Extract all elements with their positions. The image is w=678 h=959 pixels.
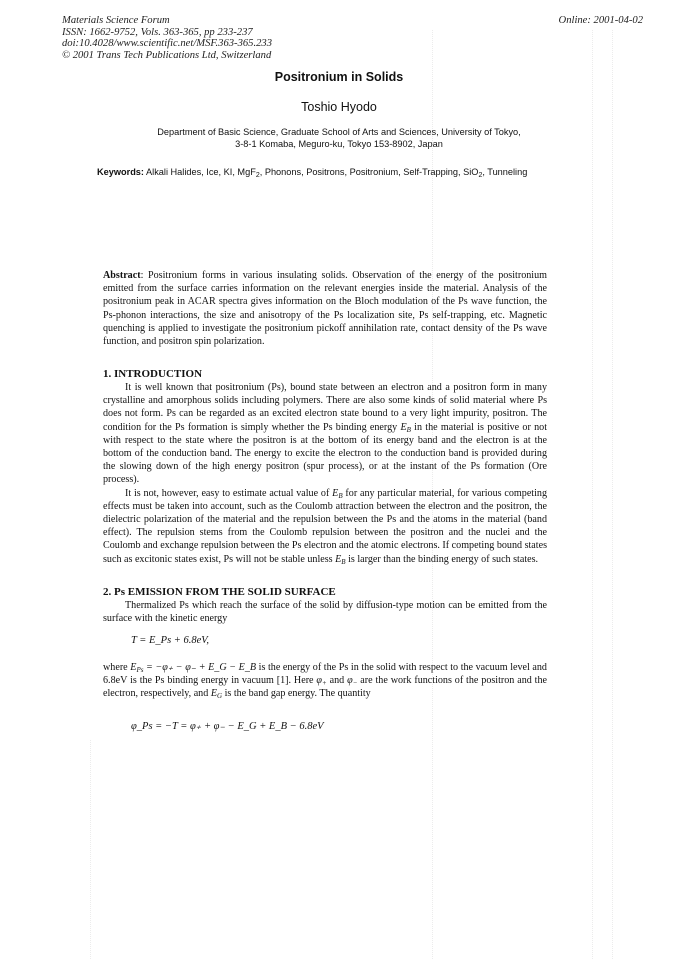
paragraph: It is not, however, easy to estimate act…: [103, 487, 547, 566]
equation-text: T = E_Ps + 6.8eV,: [131, 635, 209, 646]
abstract-label: Abstract: [103, 270, 141, 281]
paragraph: Thermalized Ps which reach the surface o…: [103, 599, 547, 625]
text: It is not, however, easy to estimate act…: [125, 488, 332, 499]
paper-title: Positronium in Solids: [0, 70, 678, 84]
paper-page: Materials Science Forum ISSN: 1662-9752,…: [0, 0, 678, 959]
affiliation: Department of Basic Science, Graduate Sc…: [0, 126, 678, 150]
issn-line: ISSN: 1662-9752, Vols. 363-365, pp 233-2…: [62, 27, 272, 39]
section-introduction-body: It is well known that positronium (Ps), …: [103, 381, 547, 566]
section-ps-emission-body: Thermalized Ps which reach the surface o…: [103, 599, 547, 625]
keywords-text: Alkali Halides, Ice, KI, MgF: [144, 167, 256, 177]
math-EB: EB: [400, 422, 410, 433]
math-phi-minus: φ−: [347, 675, 357, 686]
paragraph: where EPs = −φ₊ − φ₋ + E_G − E_B is the …: [103, 661, 547, 701]
math-EPs-definition: EPs = −φ₊ − φ₋ + E_G − E_B: [130, 662, 256, 673]
math-EB: EB: [332, 488, 342, 499]
equation-kinetic-energy: T = E_Ps + 6.8eV,: [131, 635, 209, 646]
math-EG: EG: [211, 688, 222, 699]
math-phi-plus: φ+: [316, 675, 326, 686]
keywords: Keywords: Alkali Halides, Ice, KI, MgF2,…: [97, 166, 587, 179]
equation-ps-work-function: φ_Ps = −T = φ₊ + φ₋ − E_G + E_B − 6.8eV: [131, 720, 324, 732]
affiliation-line-2: 3-8-1 Komaba, Meguro-ku, Tokyo 153-8902,…: [0, 138, 678, 150]
abstract: Abstract: Positronium forms in various i…: [103, 269, 547, 348]
keywords-text: , Tunneling: [482, 167, 527, 177]
text: is the band gap energy. The quantity: [222, 688, 371, 699]
watermark-line: [612, 30, 613, 959]
math-EB: EB: [335, 554, 345, 565]
paragraph: It is well known that positronium (Ps), …: [103, 381, 547, 487]
author-name: Toshio Hyodo: [0, 100, 678, 114]
watermark-line: [90, 740, 91, 959]
section-heading-introduction: 1. INTRODUCTION: [103, 368, 202, 380]
text: and: [327, 675, 347, 686]
copyright-line: © 2001 Trans Tech Publications Ltd, Swit…: [62, 50, 272, 62]
journal-name: Materials Science Forum: [62, 15, 272, 27]
doi-line[interactable]: doi:10.4028/www.scientific.net/MSF.363-3…: [62, 38, 272, 50]
section-heading-ps-emission: 2. Ps EMISSION FROM THE SOLID SURFACE: [103, 586, 336, 598]
section-ps-emission-body-2: where EPs = −φ₊ − φ₋ + E_G − E_B is the …: [103, 661, 547, 701]
equation-text: φ_Ps = −T = φ₊ + φ₋ − E_G + E_B − 6.8eV: [131, 721, 324, 732]
text: is larger than the binding energy of suc…: [346, 554, 539, 565]
text: where: [103, 662, 130, 673]
affiliation-line-1: Department of Basic Science, Graduate Sc…: [0, 126, 678, 138]
journal-header: Materials Science Forum ISSN: 1662-9752,…: [62, 15, 272, 61]
watermark-line: [592, 30, 593, 959]
abstract-text: : Positronium forms in various insulatin…: [103, 270, 547, 347]
keywords-text: , Phonons, Positrons, Positronium, Self-…: [260, 167, 479, 177]
keywords-label: Keywords:: [97, 167, 144, 177]
online-date: Online: 2001-04-02: [559, 15, 643, 26]
